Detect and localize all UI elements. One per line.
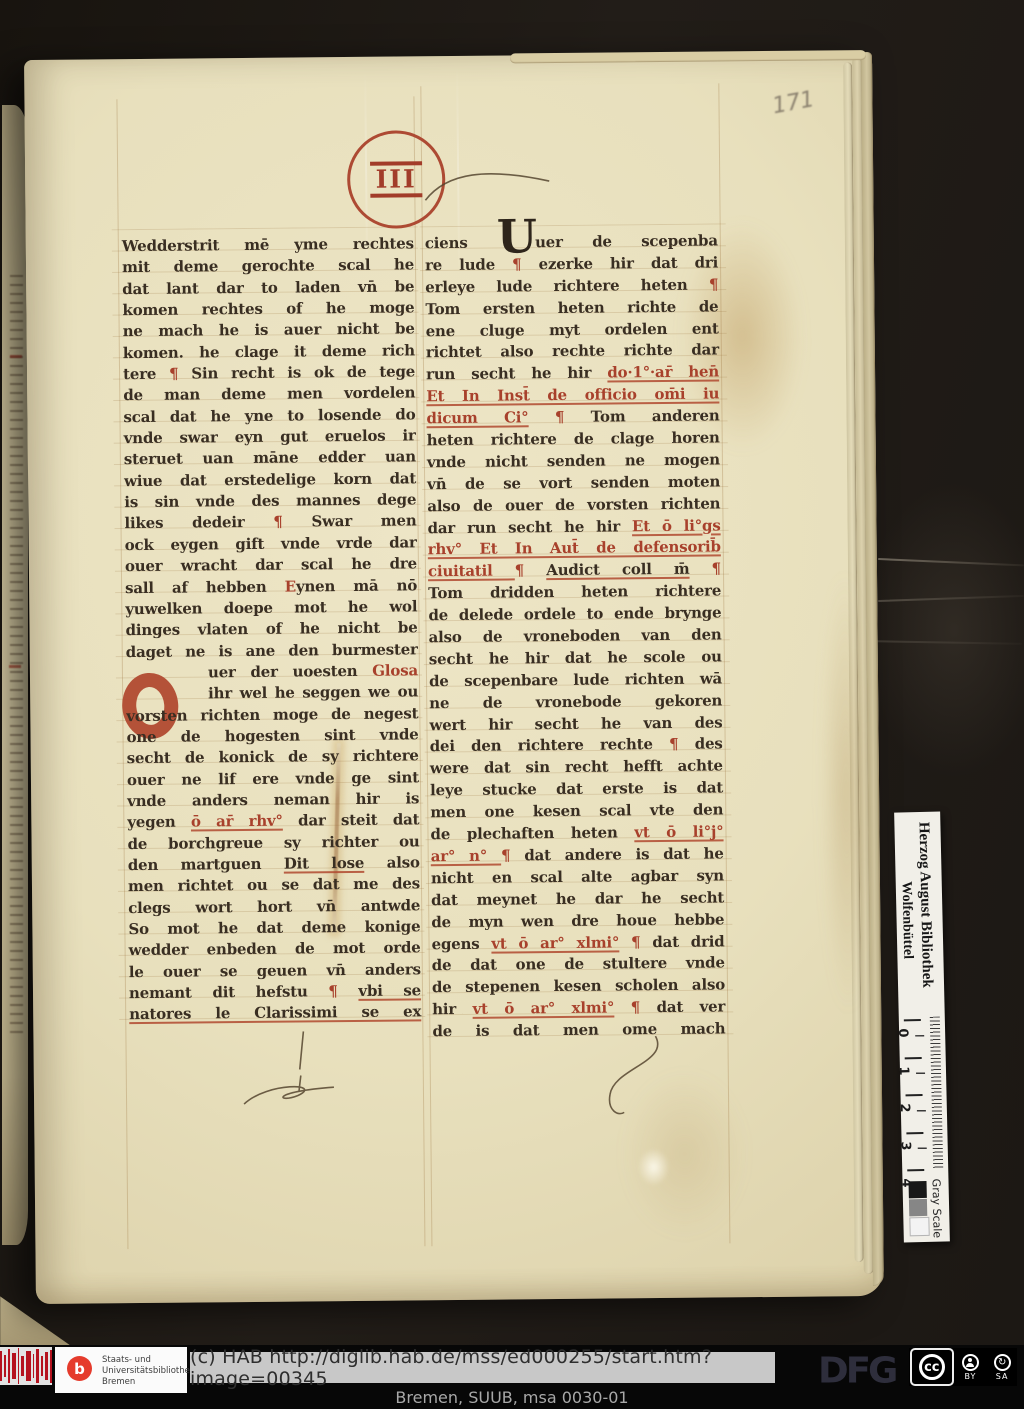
blackletter-text: secht he hir dat he scole ou: [429, 647, 722, 668]
rubricated-text: dicum Ci°: [426, 408, 528, 427]
blackletter-text: richtet also rechte richte dar: [426, 341, 719, 362]
rubricated-text: ō ar̄ rhv°: [191, 812, 283, 831]
manuscript-line: erleye lude richtere heten ¶: [425, 274, 718, 299]
manuscript-line: clegs wort hort vn̄ antwde: [128, 895, 420, 919]
rubricated-text: ¶: [712, 560, 722, 578]
manuscript-line: vnde nicht senden ne mogen: [427, 449, 720, 474]
half-cm-ticks: [915, 1035, 927, 1167]
initial-flourish: [417, 163, 557, 208]
cm-tick-label: 2: [897, 1103, 912, 1112]
rubricated-text: vt ō ar° xlmi°: [472, 999, 614, 1018]
blackletter-text: one de hogesten sint vnde: [126, 725, 418, 746]
blackletter-text: ne de vronebode gekoren: [429, 691, 722, 712]
blackletter-text: tere: [123, 365, 169, 383]
rubricated-text: ¶: [515, 561, 547, 579]
blackletter-text: Sin recht is ok de tege: [191, 362, 415, 382]
blackletter-text: de delede ordele to ende brynge: [428, 604, 721, 625]
manuscript-line: de delede ordele to ende brynge: [428, 603, 721, 628]
blackletter-text: dat drid: [652, 932, 724, 951]
blackletter-text: wedder enbeden de mot orde: [129, 939, 421, 960]
rubricated-text: vt ō li°j°: [634, 822, 723, 841]
cm-scale: 01234: [899, 1016, 949, 1177]
manuscript-line: tere ¶ Sin recht is ok de tege: [123, 361, 415, 385]
color-calibration-strip: [0, 1347, 52, 1385]
blackletter-text: egens: [431, 934, 491, 953]
rubricated-text: ar° n°: [431, 846, 502, 865]
blackletter-text: ynen mā nō: [296, 576, 417, 595]
bremen-library-logo: b Staats- und Universitätsbibliothek Bre…: [55, 1347, 187, 1393]
blackletter-text: scal dat he yne to losende do: [123, 405, 415, 426]
manuscript-line: ihr wel he seggen we ou: [126, 682, 418, 706]
cc-sa-label: SA: [996, 1372, 1009, 1381]
blackletter-text: steruet uan māne edder uan: [124, 448, 416, 469]
blackletter-text: uer de scepenba: [535, 231, 718, 251]
manuscript-line: mit deme gerochte scal he: [122, 255, 414, 279]
manuscript-line: leye stucke dat erste is dat: [430, 778, 723, 803]
blackletter-text: dinges vlaten of he nicht be: [125, 619, 417, 640]
blackletter-text: den martguen: [128, 855, 284, 874]
red-rubric-mark: [10, 355, 22, 358]
manuscript-line: ouer wracht dar scal he dre: [125, 554, 417, 578]
rubricated-text: ¶: [555, 408, 591, 426]
gray-scale-label: Gray Scale: [929, 1179, 943, 1239]
manuscript-line: Tom dridden heten richtere: [428, 581, 721, 606]
blackletter-text: ciens: [425, 234, 497, 253]
blackletter-text: ouer ne lif ere vnde ge sint: [127, 768, 419, 789]
blackletter-text: vbi se: [358, 981, 421, 1000]
calibration-bar: [0, 1351, 2, 1381]
manuscript-line: also de vroneboden van den: [429, 624, 722, 649]
manuscript-line: run secht he hir do·1°·ar̄ hen̄: [426, 362, 719, 387]
manuscript-line: men one kesen scal vte den: [430, 800, 723, 825]
calibration-bar: [41, 1356, 43, 1376]
manuscript-line: dei den richtere rechte ¶ des: [430, 734, 723, 759]
blackletter-text: also: [364, 853, 420, 872]
manuscript-line: yuwelken doepe mot he wol: [125, 596, 417, 620]
blackletter-text: leye stucke dat erste is dat: [430, 779, 723, 800]
calibration-bar: [18, 1348, 20, 1384]
blackletter-text: also de vroneboden van den: [429, 625, 722, 646]
manuscript-line: heten richtere de clage horen: [427, 427, 720, 452]
blackletter-text: vorsten richten moge de negest: [126, 704, 418, 725]
quire-mark-flourish: [237, 1029, 368, 1116]
manuscript-line: steruet uan māne edder uan: [124, 447, 416, 471]
shelfmark-caption: Bremen, SUUB, msa 0030-01: [0, 1388, 1024, 1407]
manuscript-line: le ouer se geuen vn̄ anders: [129, 959, 421, 983]
rubricated-text: Et ō li°gs: [632, 516, 721, 535]
calibration-bar: [26, 1351, 30, 1381]
underleaf-top-edge: [510, 50, 866, 63]
blackletter-text: [614, 998, 631, 1016]
manuscript-line: egens vt ō ar° xlmi° ¶ dat drid: [431, 931, 724, 956]
bremen-line3: Bremen: [102, 1377, 195, 1388]
manuscript-line: Et In Inst̄ de officio om̄i iu: [426, 384, 719, 409]
blackletter-text: dat andere is dat he: [524, 844, 724, 864]
manuscript-line: de myn wen dre houe hebbe: [431, 909, 724, 934]
blackletter-text: le ouer se geuen vn̄ anders: [129, 960, 421, 981]
blackletter-text: Wedderstrit mē yme rechtes: [122, 234, 414, 255]
mm-ticks: [930, 1017, 943, 1169]
copyright-url-text: (c) HAB http://diglib.hab.de/mss/ed00025…: [190, 1346, 775, 1390]
calibration-bar: [36, 1349, 39, 1383]
manuscript-line: de stepenen kesen scholen also: [432, 975, 725, 1000]
blackletter-text: [619, 933, 631, 951]
cc-sa-item: ↻ SA: [987, 1354, 1017, 1381]
blackletter-text: wiue dat erstedelige korn dat: [124, 469, 416, 490]
rubricated-text: ¶: [273, 513, 311, 531]
rubricated-text: ¶: [709, 275, 719, 293]
manuscript-line: So mot he dat deme konige: [128, 916, 420, 940]
cm-tick: [906, 1131, 923, 1133]
manuscript-line: ne de vronebode gekoren: [429, 690, 722, 715]
cm-tick: [907, 1169, 924, 1171]
manuscript-line: ne mach he is auer nicht be: [123, 319, 415, 343]
blackletter-text: vnde swar eyn gut eruelos ir: [124, 426, 416, 447]
rubricated-text: ¶: [328, 982, 358, 1000]
blackletter-text: Tom dridden heten richtere: [428, 582, 721, 603]
manuscript-line: de borchgreue sy richter ou: [127, 831, 419, 855]
cc-logo-frame: cc: [910, 1348, 954, 1386]
manuscript-line: wiue dat erstedelige korn dat: [124, 468, 416, 492]
cm-tick-label: 3: [898, 1141, 913, 1150]
blackletter-text: likes dedeir: [124, 513, 273, 532]
blackletter-text: de borchgreue sy richter ou: [127, 832, 419, 853]
blackletter-text: So mot he dat deme konige: [128, 917, 420, 938]
rubricated-text: ciuitatil: [428, 562, 515, 581]
red-rubric-mark: [9, 665, 21, 668]
blackletter-text: clegs wort hort vn̄ antwde: [128, 896, 420, 917]
manuscript-line: richtet also rechte richte dar: [426, 340, 719, 365]
blackletter-text: heten richtere de clage horen: [427, 428, 720, 449]
manuscript-line: hir vt ō ar° xlmi° ¶ dat ver: [432, 997, 725, 1022]
blackletter-text: ene cluge myt ordelen ent: [426, 319, 719, 340]
manuscript-line: ene cluge myt ordelen ent: [426, 318, 719, 343]
blackletter-text: hir: [432, 1000, 473, 1018]
blackletter-text: ock eygen gift vnde vrde dar: [125, 533, 417, 554]
roman-numeral: III: [370, 162, 421, 198]
cc-icon: cc: [919, 1354, 945, 1380]
calibration-bar: [4, 1355, 7, 1377]
manuscript-line: rhv° Et In Aut̄ de defensorib̄: [428, 537, 721, 562]
manuscript-line: vnde swar eyn gut eruelos ir: [124, 425, 416, 449]
manuscript-line: yegen ō ar̄ rhv° dar steit dat: [127, 810, 419, 834]
manuscript-line: ock eygen gift vnde vrde dar: [125, 532, 417, 556]
manuscript-line: daget ne is ane den burmester: [126, 639, 418, 663]
manuscript-line: de man deme men vordelen: [123, 383, 415, 407]
manuscript-line: secht he hir dat he scole ou: [429, 646, 722, 671]
blackletter-text: des: [695, 735, 723, 753]
cc-by-label: BY: [964, 1372, 976, 1381]
blackletter-text: yuwelken doepe mot he wol: [125, 597, 417, 618]
calibration-bar: [12, 1353, 16, 1379]
blackletter-text: is sin vnde des mannes dege: [124, 490, 416, 511]
text-column-right: ciens Uuer de scepenbare lude ¶ ezerke h…: [425, 230, 726, 1043]
cc-by-person-icon: [962, 1354, 979, 1371]
bremen-logo-text: Staats- und Universitätsbibliothek Breme…: [102, 1355, 195, 1388]
manuscript-line: dicum Ci° ¶ Tom anderen: [426, 406, 719, 431]
blackletter-text: re lude: [425, 255, 512, 274]
rubricated-text: Glosa: [372, 661, 418, 679]
blackletter-text: natores le Clarissimi se ex: [129, 1003, 421, 1024]
blackletter-text: dat meynet he dar he secht: [431, 888, 724, 909]
manuscript-line: is sin vnde des mannes dege: [124, 489, 416, 513]
calibration-bar: [21, 1356, 24, 1376]
blackletter-text: sall af hebben: [125, 577, 285, 597]
blackletter-text: Dit lose: [284, 854, 365, 873]
blackletter-text: de man deme men vordelen: [123, 384, 415, 405]
manuscript-line: secht de konick de sy richtere: [127, 746, 419, 770]
rubricated-text: vt ō ar° xlmi°: [491, 933, 619, 952]
blackletter-text: [689, 560, 711, 578]
blackletter-text: men richtet ou se dat me des: [128, 875, 420, 896]
cc-sa-arrow-icon: ↻: [994, 1354, 1011, 1371]
manuscript-line: vn̄ de se vort senden moten: [427, 471, 720, 496]
copyright-bar: (c) HAB http://diglib.hab.de/mss/ed00025…: [190, 1352, 775, 1383]
blackletter-text: vnde nicht senden ne mogen: [427, 450, 720, 471]
cc-license-badge: cc BY ↻ SA: [909, 1348, 1017, 1386]
calibration-bar: [45, 1352, 49, 1380]
manuscript-line: dat meynet he dar he secht: [431, 887, 724, 912]
cm-tick-label: 0: [895, 1028, 910, 1037]
blackletter-text: de scepenbare lude richten wā: [429, 669, 722, 690]
blackletter-text: uer der uoesten: [208, 662, 372, 682]
bremen-logo-mark: b: [67, 1356, 92, 1381]
blackletter-text: dar steit dat: [283, 811, 420, 830]
blackletter-text: were dat sin recht hefft achte: [430, 757, 723, 778]
blackletter-text: de myn wen dre houe hebbe: [431, 910, 724, 931]
blackletter-text: Tom anderen: [591, 407, 720, 426]
manuscript-line: vnde anders neman hir is: [127, 788, 419, 812]
blackletter-text: erleye lude richtere heten: [425, 275, 709, 296]
blackletter-text: nemant dit hefstu: [129, 982, 328, 1002]
blackletter-text: komen rechtes of he moge: [122, 298, 414, 319]
library-name-line1: Herzog August Bibliothek: [913, 822, 938, 1017]
showthrough-text-marks: [10, 275, 23, 1035]
manuscript-line: one de hogesten sint vnde: [126, 724, 418, 748]
manuscript-line: wedder enbeden de mot orde: [129, 938, 421, 962]
blackletter-text: yegen: [127, 813, 191, 832]
manuscript-line: wert hir secht he van des: [429, 712, 722, 737]
cc-by-item: BY: [956, 1354, 986, 1381]
manuscript-line: Wedderstrit mē yme rechtes: [122, 233, 414, 257]
calibration-bar: [8, 1349, 10, 1383]
rubricated-text: ¶: [169, 365, 191, 383]
cm-tick-label: 1: [896, 1066, 911, 1075]
calibration-bar: [33, 1354, 35, 1378]
cm-tick: [906, 1094, 923, 1096]
manuscript-line: sall af hebben Eynen mā nō: [125, 575, 417, 599]
rubricated-text: ¶: [501, 846, 524, 864]
blackletter-text: mit deme gerochte scal he: [122, 256, 414, 277]
manuscript-line: dar run secht he hir Et ō li°gs: [427, 515, 720, 540]
manuscript-line: likes dedeir ¶ Swar men: [124, 511, 416, 535]
text-column-left: Wedderstrit mē yme rechtesmit deme geroc…: [122, 233, 422, 1025]
blackletter-text: wert hir secht he van des: [429, 713, 722, 734]
manuscript-line: uer der uoesten Glosa: [126, 660, 418, 684]
manuscript-line: ouer ne lif ere vnde ge sint: [127, 767, 419, 791]
manuscript-line: Tom ersten heten richte de: [425, 296, 718, 321]
bremen-line2: Universitätsbibliothek: [102, 1366, 195, 1377]
manuscript-line: de dat one de stultere vnde: [432, 953, 725, 978]
gray-scale-block: Gray Scale: [902, 1176, 949, 1239]
blackletter-text: ouer wracht dar scal he dre: [125, 555, 417, 576]
manuscript-line: vorsten richten moge de negest: [126, 703, 418, 727]
manuscript-page: III 171 Wedderstrit mē yme rechtesmit de…: [24, 52, 884, 1304]
manuscript-line: komen rechtes of he moge: [122, 297, 414, 321]
gray-scale-patch: [909, 1199, 927, 1216]
blackletter-text: men one kesen scal vte den: [430, 801, 723, 822]
blackletter-text: ne mach he is auer nicht be: [123, 320, 415, 341]
manuscript-line: ciens Uuer de scepenba: [425, 230, 718, 255]
blackletter-text: also de ouer de vorsten richten: [427, 494, 720, 515]
blackletter-text: ezerke hir dat dri: [538, 253, 718, 273]
blackletter-text: dat ver: [657, 998, 726, 1017]
chalk-spot: [632, 1142, 674, 1192]
manuscript-line: also de ouer de vorsten richten: [427, 493, 720, 518]
rubricated-text: rhv° Et In Aut̄ de defensorib̄: [428, 538, 721, 559]
blackletter-text: dat lant dar to laden vn̄ be: [122, 277, 414, 298]
line-end-flourish: [553, 1034, 674, 1125]
manuscript-line: den martguen Dit lose also: [128, 852, 420, 876]
gray-scale-patch: [909, 1217, 929, 1236]
manuscript-line: ar° n° ¶ dat andere is dat he: [431, 843, 724, 868]
manuscript-line: were dat sin recht hefft achte: [430, 756, 723, 781]
blackletter-text: de dat one de stultere vnde: [432, 954, 725, 975]
blackletter-text: secht de konick de sy richtere: [127, 747, 419, 768]
digitized-manuscript-photo: III 171 Wedderstrit mē yme rechtesmit de…: [0, 0, 1024, 1409]
blackletter-text: daget ne is ane den burmester: [126, 640, 418, 661]
blackletter-text: dar run secht he hir: [427, 517, 632, 537]
library-label: Herzog August Bibliothek Wolfenbüttel: [894, 812, 940, 1018]
manuscript-line: dinges vlaten of he nicht be: [125, 618, 417, 642]
blackletter-text: de plechaften heten: [430, 823, 634, 843]
manuscript-line: komen. he clage it deme rich: [123, 340, 415, 364]
cm-tick: [904, 1019, 921, 1021]
cm-tick: [905, 1057, 922, 1059]
rubricated-text: ¶: [631, 933, 652, 951]
blackletter-text: dei den richtere rechte: [430, 735, 670, 755]
rubricated-text: ¶: [512, 255, 539, 273]
blackletter-text: vn̄ de se vort senden moten: [427, 472, 720, 493]
blackletter-text: komen. he clage it deme rich: [123, 341, 415, 362]
blackletter-text: Tom ersten heten richte de: [425, 297, 718, 318]
photographic-ruler: Herzog August Bibliothek Wolfenbüttel 01…: [894, 812, 950, 1243]
calibration-bar: [50, 1350, 52, 1383]
bremen-line1: Staats- und: [102, 1355, 195, 1366]
rubricated-text: ¶: [669, 735, 695, 753]
blackletter-text: ihr wel he seggen we ou: [208, 683, 418, 703]
manuscript-line: re lude ¶ ezerke hir dat dri: [425, 252, 718, 277]
manuscript-line: natores le Clarissimi se ex: [129, 1002, 421, 1026]
blackletter-text: Audict coll m̄: [546, 560, 689, 579]
manuscript-line: men richtet ou se dat me des: [128, 874, 420, 898]
blackletter-text: nicht en scal alte agbar syn: [431, 866, 724, 887]
blackletter-text: [528, 408, 555, 426]
dfg-logo: DFG: [818, 1350, 895, 1391]
manuscript-line: de scepenbare lude richten wā: [429, 668, 722, 693]
manuscript-line: nicht en scal alte agbar syn: [431, 865, 724, 890]
gray-scale-patch: [908, 1181, 926, 1198]
manuscript-line: nemant dit hefstu ¶ vbi se: [129, 980, 421, 1004]
rubricated-text: do·1°·ar̄ hen̄: [607, 363, 719, 382]
pencil-folio-number: 171: [771, 87, 817, 119]
manuscript-line: ciuitatil ¶ Audict coll m̄ ¶: [428, 559, 721, 584]
rubricated-text: Et In Inst̄ de officio om̄i iu: [426, 385, 719, 406]
manuscript-line: de plechaften heten vt ō li°j°: [430, 821, 723, 846]
rubricated-text: ¶: [631, 998, 657, 1016]
blackletter-text: Swar men: [311, 512, 416, 531]
blackletter-text: run secht he hir: [426, 364, 607, 384]
manuscript-line: dat lant dar to laden vn̄ be: [122, 276, 414, 300]
manuscript-line: scal dat he yne to losende do: [123, 404, 415, 428]
rubricated-text: E: [285, 577, 296, 595]
blackletter-text: de stepenen kesen scholen also: [432, 976, 725, 997]
blackletter-text: vnde anders neman hir is: [127, 789, 419, 810]
